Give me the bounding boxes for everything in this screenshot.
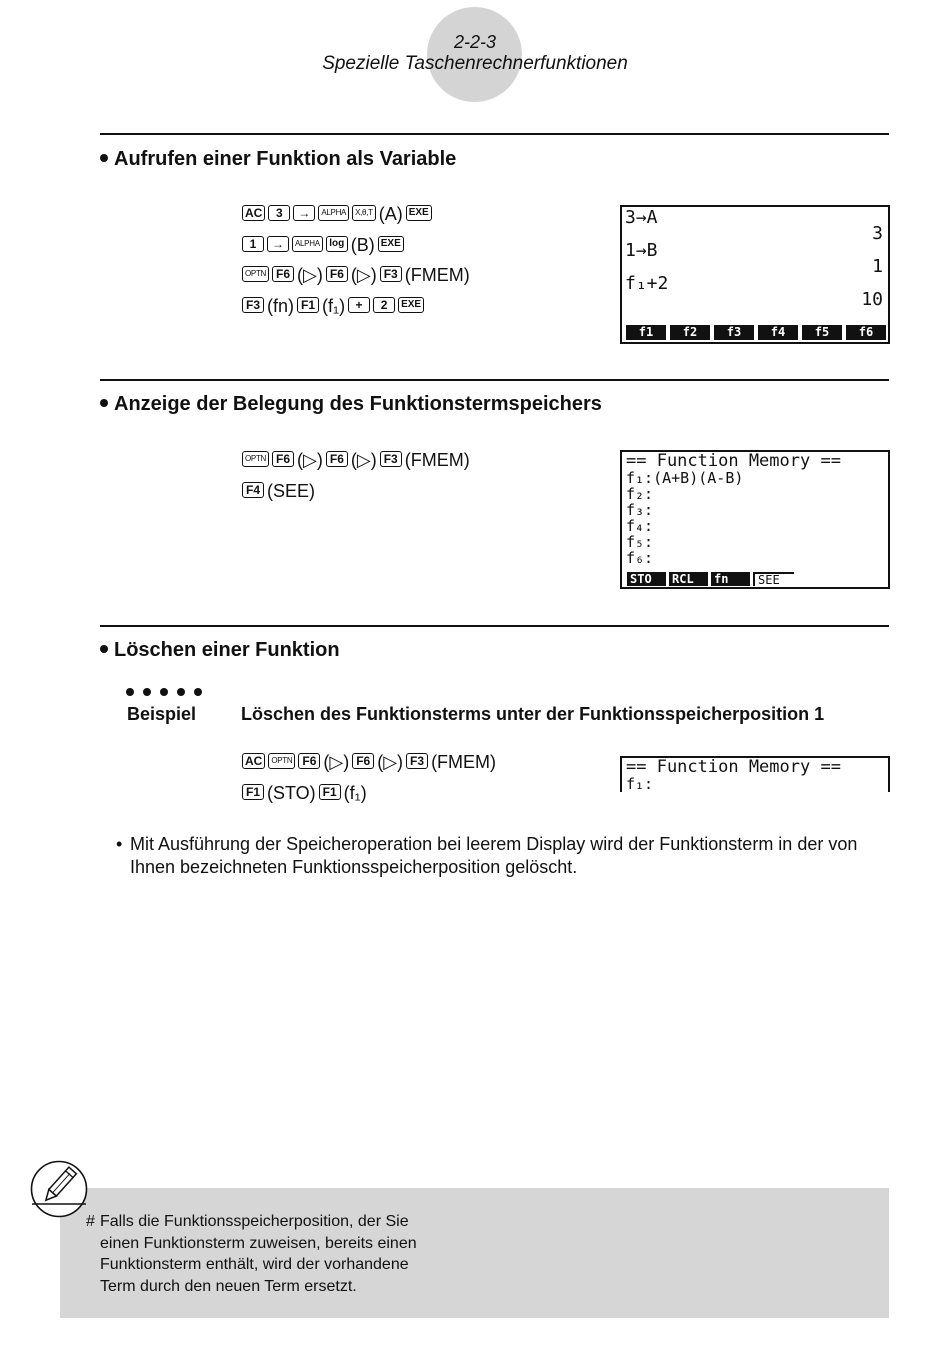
chapter-title: Spezielle Taschenrechnerfunktionen bbox=[0, 53, 950, 75]
example-label: Beispiel bbox=[127, 704, 196, 725]
key-sequence-line: OPTNF6(▷)F6(▷)F3(FMEM) bbox=[242, 445, 473, 476]
key-sequence-line: ACOPTNF6(▷)F6(▷)F3(FMEM) bbox=[242, 747, 499, 778]
screen-result-line: 10 bbox=[861, 289, 883, 310]
calculator-key-icon: → bbox=[267, 236, 289, 252]
calculator-key-icon: log bbox=[326, 236, 348, 252]
hint-line: Falls die Funktionsspeicherposition, der… bbox=[100, 1211, 417, 1233]
function-key-bar: f1 f2 f3 f4 f5 f6 bbox=[626, 325, 886, 340]
key-function-label: (FMEM) bbox=[405, 265, 470, 285]
calculator-key-icon: F6 bbox=[272, 266, 294, 282]
key-function-label: (▷) bbox=[323, 752, 349, 772]
calculator-key-icon: 2 bbox=[373, 297, 395, 313]
calculator-key-icon: AC bbox=[242, 205, 265, 221]
calculator-key-icon: F1 bbox=[242, 784, 264, 800]
bullet-icon bbox=[100, 645, 108, 653]
function-memory-screen: == Function Memory == f₁:(A+B)(A-B) f₂: … bbox=[620, 450, 890, 589]
calculator-key-icon: EXE bbox=[378, 236, 404, 252]
calculator-key-icon: EXE bbox=[398, 297, 424, 313]
screen-title: == Function Memory == bbox=[626, 454, 841, 469]
calculator-key-icon: F6 bbox=[326, 266, 348, 282]
calculator-key-icon: F6 bbox=[326, 451, 348, 467]
calculator-key-icon: F6 bbox=[298, 753, 320, 769]
fkey-f6: f6 bbox=[846, 325, 886, 340]
hint-line: einen Funktionsterm zuweisen, bereits ei… bbox=[100, 1233, 417, 1255]
key-function-label: (SEE) bbox=[267, 481, 315, 501]
section-title-text: Aufrufen einer Funktion als Variable bbox=[114, 148, 456, 170]
key-function-label: (▷) bbox=[351, 450, 377, 470]
key-function-label: (fn) bbox=[267, 296, 294, 316]
section-title-text: Anzeige der Belegung des Funktionstermsp… bbox=[114, 393, 602, 415]
note-text: Mit Ausführung der Speicheroperation bei… bbox=[130, 833, 876, 879]
calculator-key-icon: EXE bbox=[406, 205, 432, 221]
pencil-note-icon bbox=[30, 1160, 88, 1218]
key-function-label: (f₁) bbox=[322, 296, 345, 316]
section-title: Aufrufen einer Funktion als Variable bbox=[100, 148, 456, 171]
key-sequence: ACOPTNF6(▷)F6(▷)F3(FMEM)F1(STO)F1(f₁) bbox=[242, 747, 499, 808]
calculator-key-icon: OPTN bbox=[268, 753, 295, 769]
menu-see: SEE bbox=[753, 572, 794, 586]
menu-sto: STO bbox=[627, 572, 666, 586]
bullet-icon bbox=[100, 399, 108, 407]
calculator-screen: 3→A 3 1→B 1 f₁+2 10 f1 f2 f3 f4 f5 f6 bbox=[620, 205, 890, 344]
section-title: Löschen einer Funktion bbox=[100, 639, 340, 662]
screen-title: == Function Memory == bbox=[626, 760, 841, 775]
screen-result-line: 1 bbox=[872, 256, 883, 277]
section-divider bbox=[100, 625, 889, 627]
calculator-key-icon: OPTN bbox=[242, 266, 269, 282]
menu-rcl: RCL bbox=[669, 572, 708, 586]
memory-entry: f₅: bbox=[626, 535, 653, 550]
key-function-label: (▷) bbox=[297, 450, 323, 470]
bullet-icon bbox=[100, 154, 108, 162]
key-function-label: (▷) bbox=[351, 265, 377, 285]
fkey-f5: f5 bbox=[802, 325, 842, 340]
bullet-icon: • bbox=[116, 833, 122, 856]
calculator-key-icon: F6 bbox=[272, 451, 294, 467]
key-function-label: (f₁) bbox=[344, 783, 367, 803]
key-sequence-line: F3(fn)F1(f₁)+2EXE bbox=[242, 291, 473, 322]
hint-line: Funktionsterm enthält, wird der vorhande… bbox=[100, 1254, 417, 1276]
calculator-key-icon: ALPHA bbox=[292, 236, 323, 252]
memory-entry: f₃: bbox=[626, 503, 653, 518]
key-function-label: (▷) bbox=[297, 265, 323, 285]
screen-input-line: 1→B bbox=[625, 240, 658, 261]
hint-line: Term durch den neuen Term ersetzt. bbox=[100, 1276, 417, 1298]
fkey-f2: f2 bbox=[670, 325, 710, 340]
key-function-label: (B) bbox=[351, 235, 375, 255]
screen-input-line: 3→A bbox=[625, 207, 658, 228]
page-number: 2-2-3 bbox=[0, 32, 950, 53]
hint-marker: # bbox=[86, 1211, 95, 1233]
calculator-key-icon: F3 bbox=[380, 266, 402, 282]
memory-entry: f₆: bbox=[626, 551, 653, 566]
calculator-key-icon: F6 bbox=[352, 753, 374, 769]
calculator-key-icon: F3 bbox=[380, 451, 402, 467]
note-paragraph: • Mit Ausführung der Speicheroperation b… bbox=[116, 833, 876, 879]
key-function-label: (A) bbox=[379, 204, 403, 224]
memory-entry: f₄: bbox=[626, 519, 653, 534]
key-sequence-line: F4(SEE) bbox=[242, 476, 473, 507]
section-divider bbox=[100, 133, 889, 135]
key-function-label: (▷) bbox=[377, 752, 403, 772]
fkey-f3: f3 bbox=[714, 325, 754, 340]
function-memory-screen-partial: == Function Memory == f₁: bbox=[620, 756, 890, 792]
key-sequence: OPTNF6(▷)F6(▷)F3(FMEM)F4(SEE) bbox=[242, 445, 473, 506]
screen-input-line: f₁+2 bbox=[625, 273, 668, 294]
calculator-key-icon: F1 bbox=[297, 297, 319, 313]
fkey-f4: f4 bbox=[758, 325, 798, 340]
memory-entry: f₁:(A+B)(A-B) bbox=[626, 471, 743, 486]
calculator-key-icon: AC bbox=[242, 753, 265, 769]
example-text: Löschen des Funktionsterms unter der Fun… bbox=[241, 704, 824, 725]
key-sequence-line: AC3→ALPHAX,θ,T(A)EXE bbox=[242, 199, 473, 230]
key-sequence-line: 1→ALPHAlog(B)EXE bbox=[242, 230, 473, 261]
section-title: Anzeige der Belegung des Funktionstermsp… bbox=[100, 393, 602, 416]
calculator-key-icon: F1 bbox=[319, 784, 341, 800]
key-function-label: (FMEM) bbox=[431, 752, 496, 772]
calculator-key-icon: F4 bbox=[242, 482, 264, 498]
calculator-key-icon: X,θ,T bbox=[352, 205, 376, 221]
calculator-key-icon: F3 bbox=[406, 753, 428, 769]
hint-text: # Falls die Funktionsspeicherposition, d… bbox=[86, 1211, 417, 1297]
calculator-key-icon: 1 bbox=[242, 236, 264, 252]
example-dots-icon bbox=[126, 688, 202, 696]
calculator-key-icon: ALPHA bbox=[318, 205, 349, 221]
key-sequence: AC3→ALPHAX,θ,T(A)EXE1→ALPHAlog(B)EXEOPTN… bbox=[242, 199, 473, 321]
calculator-key-icon: 3 bbox=[268, 205, 290, 221]
calculator-key-icon: F3 bbox=[242, 297, 264, 313]
menu-fn: fn bbox=[711, 572, 750, 586]
calculator-key-icon: OPTN bbox=[242, 451, 269, 467]
function-menu-bar: STO RCL fn SEE bbox=[627, 572, 794, 586]
calculator-key-icon: + bbox=[348, 297, 370, 313]
section-title-text: Löschen einer Funktion bbox=[114, 639, 340, 661]
section-divider bbox=[100, 379, 889, 381]
fkey-f1: f1 bbox=[626, 325, 666, 340]
memory-entry: f₂: bbox=[626, 487, 653, 502]
key-function-label: (FMEM) bbox=[405, 450, 470, 470]
screen-result-line: 3 bbox=[872, 223, 883, 244]
calculator-key-icon: → bbox=[293, 205, 315, 221]
memory-entry: f₁: bbox=[626, 777, 653, 792]
key-sequence-line: F1(STO)F1(f₁) bbox=[242, 778, 499, 809]
key-function-label: (STO) bbox=[267, 783, 316, 803]
key-sequence-line: OPTNF6(▷)F6(▷)F3(FMEM) bbox=[242, 260, 473, 291]
